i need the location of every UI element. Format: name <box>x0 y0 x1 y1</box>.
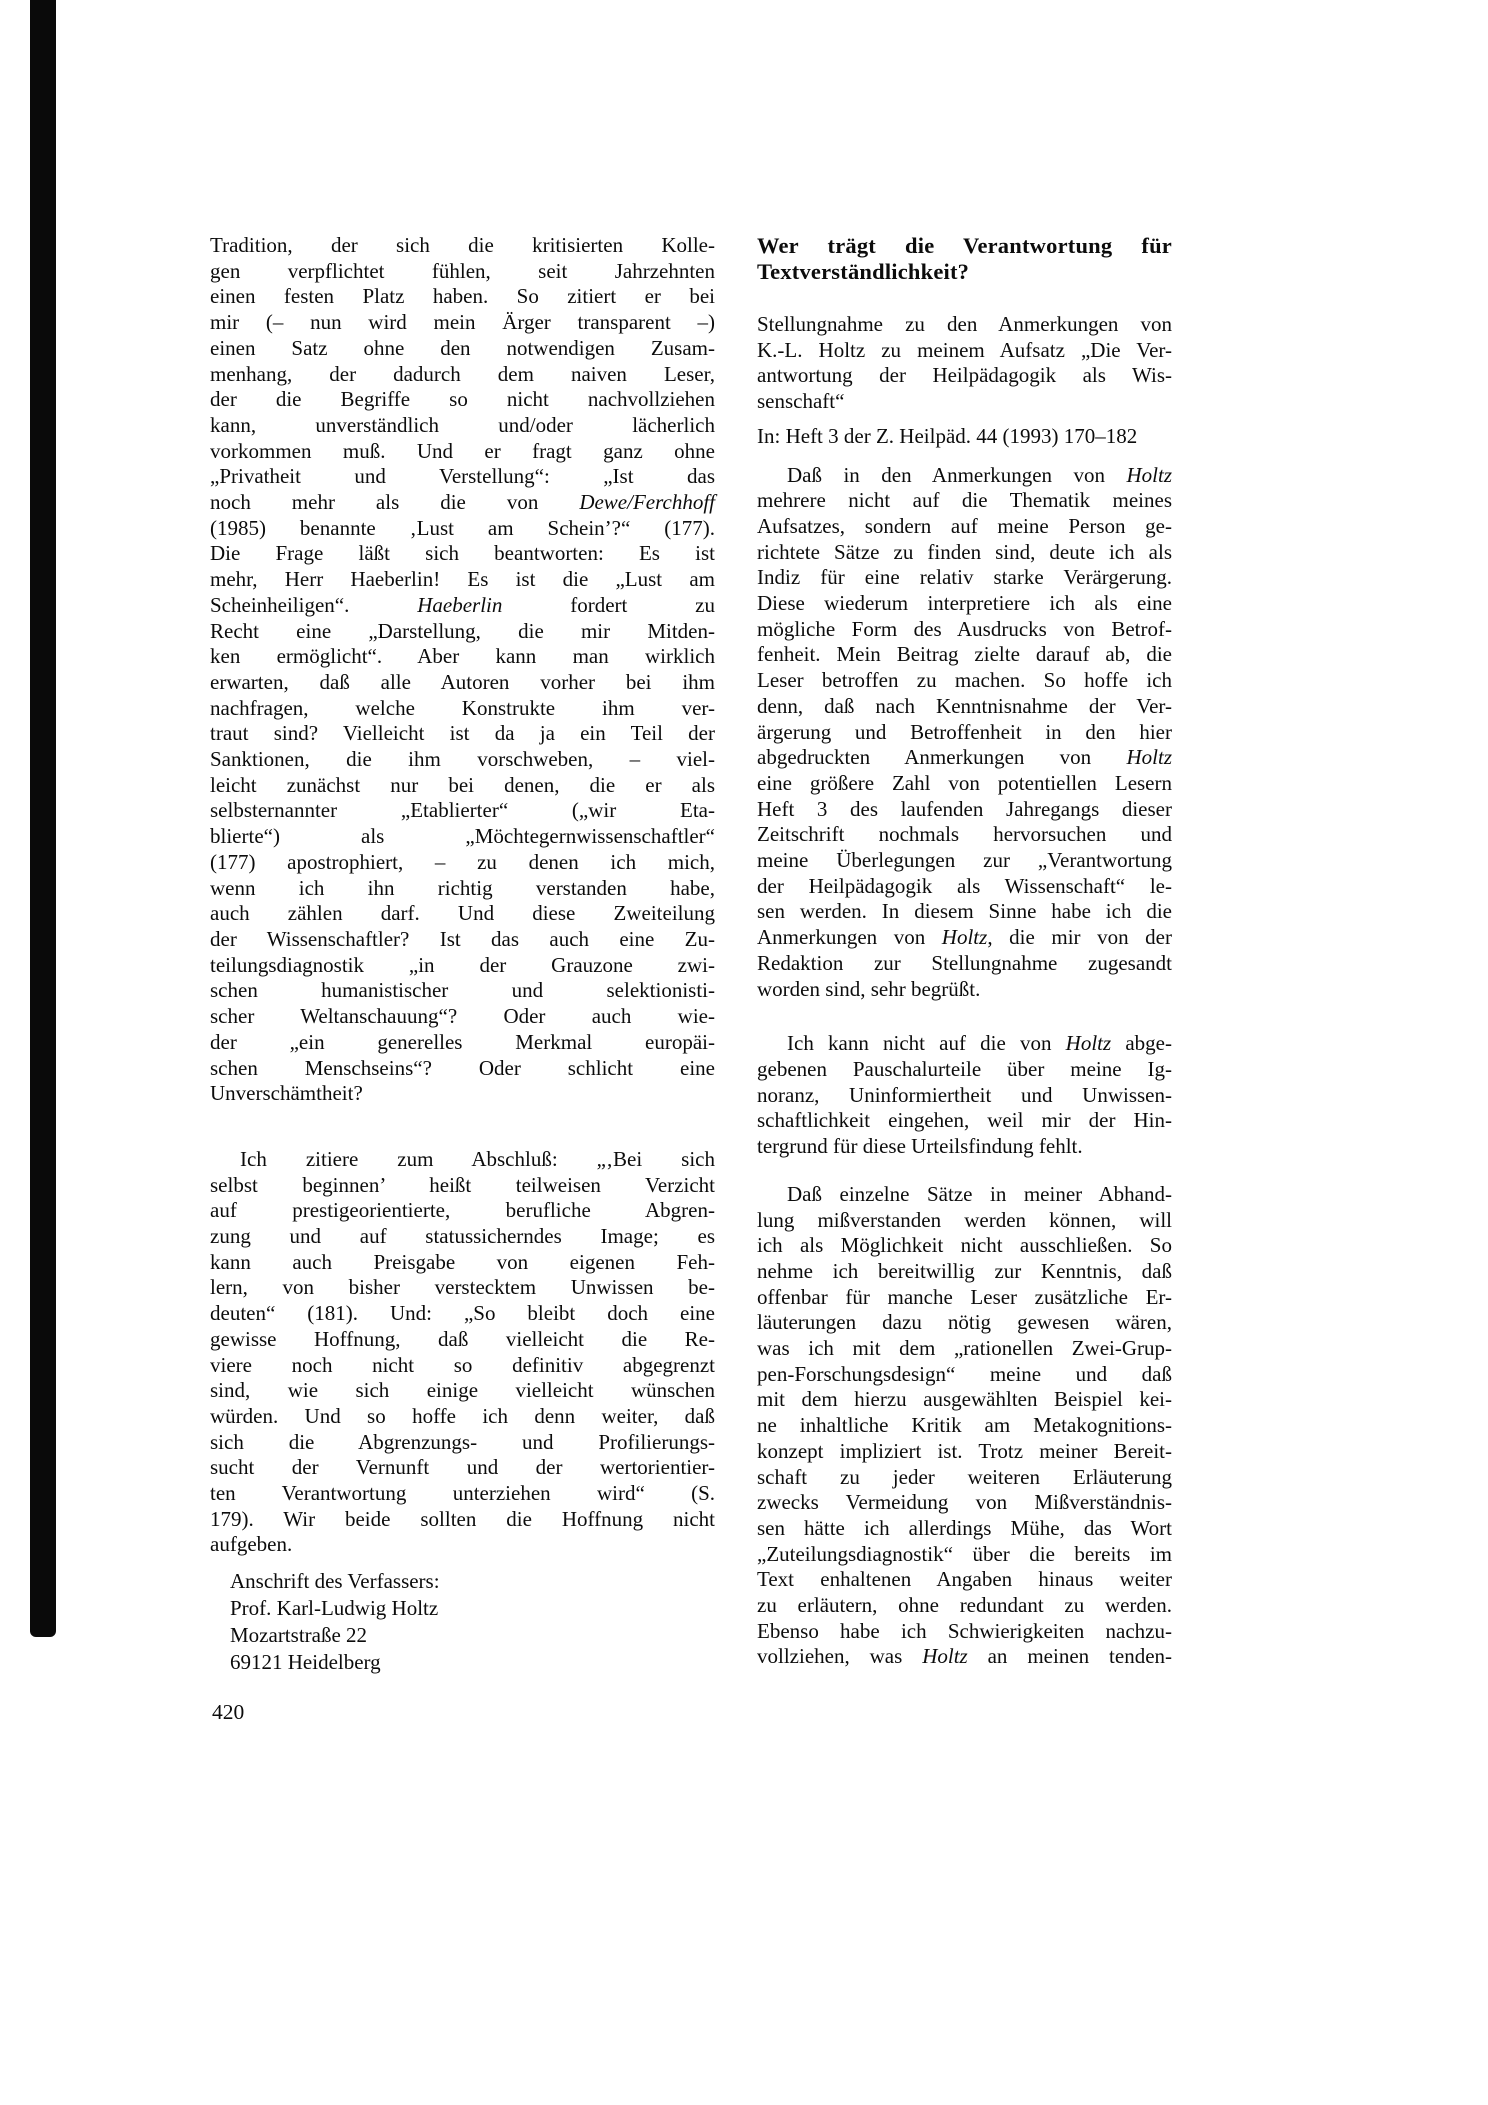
right-paragraph-2: Ich kann nicht auf die von Holtz abge-ge… <box>757 1031 1172 1160</box>
text-line: gen verpflichtet fühlen, seit Jahrzehnte… <box>210 259 715 285</box>
text-line: selbst beginnen’ heißt teilweisen Verzic… <box>210 1173 715 1199</box>
text-segment: Ich zitiere zum Abschluß: „‚Bei sich <box>240 1147 715 1171</box>
text-segment: (1985) benannte ‚Lust am Schein’?“ (177)… <box>210 516 715 540</box>
text-line: senschaft“ <box>757 389 1172 415</box>
text-line: leicht zunächst nur bei denen, die er al… <box>210 773 715 799</box>
italic-text-segment: Holtz <box>922 1644 968 1668</box>
text-line: sich die Abgrenzungs- und Profilierungs- <box>210 1430 715 1456</box>
text-segment: zu erläutern, ohne redundant zu werden. <box>757 1593 1172 1617</box>
text-segment: schen humanistischer und selektionisti- <box>210 978 715 1002</box>
text-line: Scheinheiligen“. Haeberlin fordert zu <box>210 593 715 619</box>
right-paragraph-1: Daß in den Anmerkungen von Holtzmehrere … <box>757 463 1172 1003</box>
scan-edge-bar <box>30 0 56 1637</box>
text-line: Stellungnahme zu den Anmerkungen von <box>757 312 1172 338</box>
text-segment: Aufsatzes, sondern auf meine Person ge- <box>757 514 1172 538</box>
text-line: ken ermöglicht“. Aber kann man wirklich <box>210 644 715 670</box>
text-segment: Redaktion zur Stellungnahme zugesandt <box>757 951 1172 975</box>
text-segment: der Wissenschaftler? Ist das auch eine Z… <box>210 927 715 951</box>
text-segment: „Zuteilungsdiagnostik“ über die bereits … <box>757 1542 1172 1566</box>
text-line: tergrund für diese Urteilsfindung fehlt. <box>757 1134 1172 1160</box>
italic-text-segment: Haeberlin <box>417 593 502 617</box>
text-line: der Heilpädagogik als Wissenschaft“ le- <box>757 874 1172 900</box>
text-line: vollziehen, was Holtz an meinen tenden- <box>757 1644 1172 1670</box>
text-line: Ich zitiere zum Abschluß: „‚Bei sich <box>210 1147 715 1173</box>
text-line: richtete Sätze zu finden sind, deute ich… <box>757 540 1172 566</box>
text-segment: Indiz für eine relativ starke Verärgerun… <box>757 565 1172 589</box>
text-segment: Daß in den Anmerkungen von <box>787 463 1126 487</box>
text-line: lern, von bisher verstecktem Unwissen be… <box>210 1275 715 1301</box>
text-line: einen Satz ohne den notwendigen Zusam- <box>210 336 715 362</box>
text-segment: der „ein generelles Merkmal europäi- <box>210 1030 715 1054</box>
right-column: Wer trägt die Verantwortung fürTextverst… <box>757 233 1172 1670</box>
text-line: auf prestigeorientierte, berufliche Abgr… <box>210 1198 715 1224</box>
text-segment: auch zählen darf. Und diese Zweiteilung <box>210 901 715 925</box>
text-line: auch zählen darf. Und diese Zweiteilung <box>210 901 715 927</box>
text-line: (1985) benannte ‚Lust am Schein’?“ (177)… <box>210 516 715 542</box>
page-number: 420 <box>212 1700 244 1725</box>
text-segment: gen verpflichtet fühlen, seit Jahrzehnte… <box>210 259 715 283</box>
text-segment: 179). Wir beide sollten die Hoffnung nic… <box>210 1507 715 1531</box>
text-segment: lern, von bisher verstecktem Unwissen be… <box>210 1275 715 1299</box>
text-line: viere noch nicht so definitiv abgegrenzt <box>210 1353 715 1379</box>
text-segment: zung und auf statussicherndes Image; es <box>210 1224 715 1248</box>
text-segment: senschaft“ <box>757 389 844 413</box>
text-line: selbsternannter „Etablierter“ („wir Eta- <box>210 798 715 824</box>
right-paragraph-3: Daß einzelne Sätze in meiner Abhand-lung… <box>757 1182 1172 1670</box>
text-line: Textverständlichkeit? <box>757 259 1172 285</box>
text-segment: einen festen Platz haben. So zitiert er … <box>210 284 715 308</box>
text-line: deuten“ (181). Und: „So bleibt doch eine <box>210 1301 715 1327</box>
text-line: schaft zu jeder weiteren Erläuterung <box>757 1465 1172 1491</box>
text-segment: antwortung der Heilpädagogik als Wis- <box>757 363 1172 387</box>
text-segment: schaftlichkeit eingehen, weil mir der Hi… <box>757 1108 1172 1132</box>
text-line: Anschrift des Verfassers: <box>230 1568 715 1595</box>
text-segment: menhang, der dadurch dem naiven Leser, <box>210 362 715 386</box>
left-column: Tradition, der sich die kritisierten Kol… <box>210 233 715 1676</box>
text-segment: mir (– nun wird mein Ärger transparent –… <box>210 310 715 334</box>
text-segment: viere noch nicht so definitiv abgegrenzt <box>210 1353 715 1377</box>
text-segment: wenn ich ihn richtig verstanden habe, <box>210 876 715 900</box>
text-segment: Sanktionen, die ihm vorschweben, – viel- <box>210 747 715 771</box>
text-segment: an meinen tenden- <box>968 1644 1172 1668</box>
text-line: (177) apostrophiert, – zu denen ich mich… <box>210 850 715 876</box>
text-line: mir (– nun wird mein Ärger transparent –… <box>210 310 715 336</box>
text-line: teilungsdiagnostik „in der Grauzone zwi- <box>210 953 715 979</box>
text-line: traut sind? Vielleicht ist da ja ein Tei… <box>210 721 715 747</box>
text-segment: Text enhaltenen Angaben hinaus weiter <box>757 1567 1172 1591</box>
text-line: zung und auf statussicherndes Image; es <box>210 1224 715 1250</box>
subtitle-note: Stellungnahme zu den Anmerkungen vonK.-L… <box>757 312 1172 415</box>
left-paragraph-1: Tradition, der sich die kritisierten Kol… <box>210 233 715 1107</box>
text-segment: ten Verantwortung unterziehen wird“ (S. <box>210 1481 715 1505</box>
text-segment: abge- <box>1111 1031 1172 1055</box>
text-segment: richtete Sätze zu finden sind, deute ich… <box>757 540 1172 564</box>
text-segment: Prof. Karl-Ludwig Holtz <box>230 1596 438 1620</box>
text-segment: Unverschämtheit? <box>210 1081 363 1105</box>
text-segment: der die Begriffe so nicht nachvollziehen <box>210 387 715 411</box>
text-segment: „Privatheit und Verstellung“: „Ist das <box>210 464 715 488</box>
text-line: kann, unverständlich und/oder lächerlich <box>210 413 715 439</box>
text-line: Aufsatzes, sondern auf meine Person ge- <box>757 514 1172 540</box>
text-line: blierte“) als „Möchtegernwissenschaftler… <box>210 824 715 850</box>
text-segment: nehme ich bereitwillig zur Kenntnis, daß <box>757 1259 1172 1283</box>
text-segment: selbsternannter „Etablierter“ („wir Eta- <box>210 798 715 822</box>
text-line: schen humanistischer und selektionisti- <box>210 978 715 1004</box>
text-segment: mehrere nicht auf die Thematik meines <box>757 488 1172 512</box>
text-line: In: Heft 3 der Z. Heilpäd. 44 (1993) 170… <box>757 424 1172 450</box>
text-line: denn, daß nach Kenntnisnahme der Ver- <box>757 694 1172 720</box>
text-line: kann auch Preisgabe von eigenen Feh- <box>210 1250 715 1276</box>
source-reference: In: Heft 3 der Z. Heilpäd. 44 (1993) 170… <box>757 424 1172 450</box>
text-line: abgedruckten Anmerkungen von Holtz <box>757 745 1172 771</box>
text-line: Indiz für eine relativ starke Verärgerun… <box>757 565 1172 591</box>
text-segment: erwarten, daß alle Autoren vorher bei ih… <box>210 670 715 694</box>
text-segment: was ich mit dem „rationellen Zwei-Grup- <box>757 1336 1172 1360</box>
text-segment: ärgerung und Betroffenheit in den hier <box>757 720 1172 744</box>
text-line: Prof. Karl-Ludwig Holtz <box>230 1595 715 1622</box>
text-line: antwortung der Heilpädagogik als Wis- <box>757 363 1172 389</box>
text-segment: Wer trägt die Verantwortung für <box>757 233 1172 258</box>
text-line: sen hätte ich allerdings Mühe, das Wort <box>757 1516 1172 1542</box>
text-segment: leicht zunächst nur bei denen, die er al… <box>210 773 715 797</box>
text-line: sind, wie sich einige vielleicht wünsche… <box>210 1378 715 1404</box>
text-segment: Stellungnahme zu den Anmerkungen von <box>757 312 1172 336</box>
text-segment: Textverständlichkeit? <box>757 259 969 284</box>
text-segment: selbst beginnen’ heißt teilweisen Verzic… <box>210 1173 715 1197</box>
text-line: ten Verantwortung unterziehen wird“ (S. <box>210 1481 715 1507</box>
text-line: nehme ich bereitwillig zur Kenntnis, daß <box>757 1259 1172 1285</box>
text-segment: ich als Möglichkeit nicht ausschließen. … <box>757 1233 1172 1257</box>
text-line: ne inhaltliche Kritik am Metakognitions- <box>757 1413 1172 1439</box>
text-line: Diese wiederum interpretiere ich als ein… <box>757 591 1172 617</box>
text-line: Wer trägt die Verantwortung für <box>757 233 1172 259</box>
text-segment: Ebenso habe ich Schwierigkeiten nachzu- <box>757 1619 1172 1643</box>
text-segment: konzept impliziert ist. Trotz meiner Ber… <box>757 1439 1172 1463</box>
text-line: was ich mit dem „rationellen Zwei-Grup- <box>757 1336 1172 1362</box>
text-line: ich als Möglichkeit nicht ausschließen. … <box>757 1233 1172 1259</box>
text-segment: noch mehr als die von <box>210 490 579 514</box>
article-title: Wer trägt die Verantwortung fürTextverst… <box>757 233 1172 285</box>
text-line: „Zuteilungsdiagnostik“ über die bereits … <box>757 1542 1172 1568</box>
text-segment: meine Überlegungen zur „Verantwortung <box>757 848 1172 872</box>
text-segment: fordert zu <box>502 593 715 617</box>
text-line: schaftlichkeit eingehen, weil mir der Hi… <box>757 1108 1172 1134</box>
text-line: wenn ich ihn richtig verstanden habe, <box>210 876 715 902</box>
italic-text-segment: Dewe/Ferchhoff <box>579 490 715 514</box>
text-line: mehr, Herr Haeberlin! Es ist die „Lust a… <box>210 567 715 593</box>
text-segment: Tradition, der sich die kritisierten Kol… <box>210 233 715 257</box>
text-line: konzept impliziert ist. Trotz meiner Ber… <box>757 1439 1172 1465</box>
text-segment: Diese wiederum interpretiere ich als ein… <box>757 591 1172 615</box>
text-segment: , die mir von der <box>987 925 1172 949</box>
text-line: Mozartstraße 22 <box>230 1622 715 1649</box>
text-segment: Scheinheiligen“. <box>210 593 417 617</box>
text-segment: vorkommen muß. Und er fragt ganz ohne <box>210 439 715 463</box>
text-segment: zwecks Vermeidung von Mißverständnis- <box>757 1490 1172 1514</box>
text-line: Recht eine „Darstellung, die mir Mitden- <box>210 619 715 645</box>
text-line: einen festen Platz haben. So zitiert er … <box>210 284 715 310</box>
text-line: mögliche Form des Ausdrucks von Betrof- <box>757 617 1172 643</box>
text-segment: ne inhaltliche Kritik am Metakognitions- <box>757 1413 1172 1437</box>
text-segment: tergrund für diese Urteilsfindung fehlt. <box>757 1134 1083 1158</box>
text-line: nachfragen, welche Konstrukte ihm ver- <box>210 696 715 722</box>
text-line: Ebenso habe ich Schwierigkeiten nachzu- <box>757 1619 1172 1645</box>
text-segment: Anmerkungen von <box>757 925 942 949</box>
text-line: mit dem hierzu ausgewählten Beispiel kei… <box>757 1387 1172 1413</box>
text-line: Die Frage läßt sich beantworten: Es ist <box>210 541 715 567</box>
text-segment: Die Frage läßt sich beantworten: Es ist <box>210 541 715 565</box>
text-segment: pen-Forschungsdesign“ meine und daß <box>757 1362 1172 1386</box>
text-line: Leser betroffen zu machen. So hoffe ich <box>757 668 1172 694</box>
text-segment: Recht eine „Darstellung, die mir Mitden- <box>210 619 715 643</box>
text-segment: schen Menschseins“? Oder schlicht eine <box>210 1056 715 1080</box>
text-segment: lung mißverstanden werden können, will <box>757 1208 1172 1232</box>
text-line: sen werden. In diesem Sinne habe ich die <box>757 899 1172 925</box>
text-segment: Leser betroffen zu machen. So hoffe ich <box>757 668 1172 692</box>
italic-text-segment: Holtz <box>942 925 988 949</box>
text-segment: sucht der Vernunft und der wertorientier… <box>210 1455 715 1479</box>
text-segment: deuten“ (181). Und: „So bleibt doch eine <box>210 1301 715 1325</box>
text-segment: gebenen Pauschalurteile über meine Ig- <box>757 1057 1172 1081</box>
text-line: meine Überlegungen zur „Verantwortung <box>757 848 1172 874</box>
italic-text-segment: Holtz <box>1126 463 1172 487</box>
text-segment: offenbar für manche Leser zusätzliche Er… <box>757 1285 1172 1309</box>
text-line: Tradition, der sich die kritisierten Kol… <box>210 233 715 259</box>
text-line: scher Weltanschauung“? Oder auch wie- <box>210 1004 715 1030</box>
text-segment: sind, wie sich einige vielleicht wünsche… <box>210 1378 715 1402</box>
text-segment: abgedruckten Anmerkungen von <box>757 745 1126 769</box>
text-segment: scher Weltanschauung“? Oder auch wie- <box>210 1004 715 1028</box>
text-line: schen Menschseins“? Oder schlicht eine <box>210 1056 715 1082</box>
text-segment: vollziehen, was <box>757 1644 922 1668</box>
text-segment: auf prestigeorientierte, berufliche Abgr… <box>210 1198 715 1222</box>
text-segment: würden. Und so hoffe ich denn weiter, da… <box>210 1404 715 1428</box>
text-line: pen-Forschungsdesign“ meine und daß <box>757 1362 1172 1388</box>
text-segment: sen hätte ich allerdings Mühe, das Wort <box>757 1516 1172 1540</box>
text-segment: mehr, Herr Haeberlin! Es ist die „Lust a… <box>210 567 715 591</box>
text-line: 179). Wir beide sollten die Hoffnung nic… <box>210 1507 715 1533</box>
text-segment: fenheit. Mein Beitrag zielte darauf ab, … <box>757 642 1172 666</box>
text-line: fenheit. Mein Beitrag zielte darauf ab, … <box>757 642 1172 668</box>
text-line: ärgerung und Betroffenheit in den hier <box>757 720 1172 746</box>
text-line: der die Begriffe so nicht nachvollziehen <box>210 387 715 413</box>
text-line: Text enhaltenen Angaben hinaus weiter <box>757 1567 1172 1593</box>
text-line: Sanktionen, die ihm vorschweben, – viel- <box>210 747 715 773</box>
text-segment: kann auch Preisgabe von eigenen Feh- <box>210 1250 715 1274</box>
text-segment: aufgeben. <box>210 1532 292 1556</box>
text-segment: läuterungen dazu nötig gewesen wären, <box>757 1310 1172 1334</box>
journal-page: { "page": {"number": "420"}, "decor": {"… <box>0 0 1488 2105</box>
text-segment: teilungsdiagnostik „in der Grauzone zwi- <box>210 953 715 977</box>
text-line: der Wissenschaftler? Ist das auch eine Z… <box>210 927 715 953</box>
text-line: worden sind, sehr begrüßt. <box>757 977 1172 1003</box>
text-segment: eine größere Zahl von potentiellen Leser… <box>757 771 1172 795</box>
text-line: Unverschämtheit? <box>210 1081 715 1107</box>
text-line: Anmerkungen von Holtz, die mir von der <box>757 925 1172 951</box>
text-line: gewisse Hoffnung, daß vielleicht die Re- <box>210 1327 715 1353</box>
text-line: mehrere nicht auf die Thematik meines <box>757 488 1172 514</box>
text-segment: mögliche Form des Ausdrucks von Betrof- <box>757 617 1172 641</box>
text-line: K.-L. Holtz zu meinem Aufsatz „Die Ver- <box>757 338 1172 364</box>
text-segment: nachfragen, welche Konstrukte ihm ver- <box>210 696 715 720</box>
text-segment: schaft zu jeder weiteren Erläuterung <box>757 1465 1172 1489</box>
text-line: Zeitschrift nochmals hervorsuchen und <box>757 822 1172 848</box>
text-line: läuterungen dazu nötig gewesen wären, <box>757 1310 1172 1336</box>
text-line: gebenen Pauschalurteile über meine Ig- <box>757 1057 1172 1083</box>
text-segment: Anschrift des Verfassers: <box>230 1569 440 1593</box>
text-segment: einen Satz ohne den notwendigen Zusam- <box>210 336 715 360</box>
text-line: zu erläutern, ohne redundant zu werden. <box>757 1593 1172 1619</box>
text-line: menhang, der dadurch dem naiven Leser, <box>210 362 715 388</box>
text-line: aufgeben. <box>210 1532 715 1558</box>
italic-text-segment: Holtz <box>1066 1031 1112 1055</box>
text-line: Redaktion zur Stellungnahme zugesandt <box>757 951 1172 977</box>
text-segment: der Heilpädagogik als Wissenschaft“ le- <box>757 874 1172 898</box>
italic-text-segment: Holtz <box>1126 745 1172 769</box>
text-line: Heft 3 des laufenden Jahregangs dieser <box>757 797 1172 823</box>
text-line: noranz, Uninformiertheit und Unwissen- <box>757 1083 1172 1109</box>
text-segment: noranz, Uninformiertheit und Unwissen- <box>757 1083 1172 1107</box>
text-line: lung mißverstanden werden können, will <box>757 1208 1172 1234</box>
text-segment: sich die Abgrenzungs- und Profilierungs- <box>210 1430 715 1454</box>
text-line: würden. Und so hoffe ich denn weiter, da… <box>210 1404 715 1430</box>
text-line: offenbar für manche Leser zusätzliche Er… <box>757 1285 1172 1311</box>
text-line: Daß einzelne Sätze in meiner Abhand- <box>757 1182 1172 1208</box>
text-line: Daß in den Anmerkungen von Holtz <box>757 463 1172 489</box>
text-segment: kann, unverständlich und/oder lächerlich <box>210 413 715 437</box>
text-segment: mit dem hierzu ausgewählten Beispiel kei… <box>757 1387 1172 1411</box>
text-segment: gewisse Hoffnung, daß vielleicht die Re- <box>210 1327 715 1351</box>
text-segment: worden sind, sehr begrüßt. <box>757 977 980 1001</box>
text-line: Ich kann nicht auf die von Holtz abge- <box>757 1031 1172 1057</box>
text-line: erwarten, daß alle Autoren vorher bei ih… <box>210 670 715 696</box>
text-line: noch mehr als die von Dewe/Ferchhoff <box>210 490 715 516</box>
left-paragraph-2: Ich zitiere zum Abschluß: „‚Bei sichselb… <box>210 1147 715 1558</box>
text-segment: 69121 Heidelberg <box>230 1650 381 1674</box>
text-line: sucht der Vernunft und der wertorientier… <box>210 1455 715 1481</box>
text-segment: denn, daß nach Kenntnisnahme der Ver- <box>757 694 1172 718</box>
text-line: vorkommen muß. Und er fragt ganz ohne <box>210 439 715 465</box>
text-segment: K.-L. Holtz zu meinem Aufsatz „Die Ver- <box>757 338 1172 362</box>
text-segment: traut sind? Vielleicht ist da ja ein Tei… <box>210 721 715 745</box>
text-segment: Heft 3 des laufenden Jahregangs dieser <box>757 797 1172 821</box>
text-segment: sen werden. In diesem Sinne habe ich die <box>757 899 1172 923</box>
text-segment: Mozartstraße 22 <box>230 1623 367 1647</box>
text-segment: In: Heft 3 der Z. Heilpäd. 44 (1993) 170… <box>757 424 1137 448</box>
text-segment: (177) apostrophiert, – zu denen ich mich… <box>210 850 715 874</box>
text-line: „Privatheit und Verstellung“: „Ist das <box>210 464 715 490</box>
text-segment: Zeitschrift nochmals hervorsuchen und <box>757 822 1172 846</box>
text-segment: Ich kann nicht auf die von <box>787 1031 1066 1055</box>
text-line: 69121 Heidelberg <box>230 1649 715 1676</box>
author-address: Anschrift des Verfassers:Prof. Karl-Ludw… <box>230 1568 715 1676</box>
text-segment: ken ermöglicht“. Aber kann man wirklich <box>210 644 715 668</box>
text-segment: blierte“) als „Möchtegernwissenschaftler… <box>210 824 715 848</box>
text-segment: Daß einzelne Sätze in meiner Abhand- <box>787 1182 1172 1206</box>
text-line: eine größere Zahl von potentiellen Leser… <box>757 771 1172 797</box>
text-line: zwecks Vermeidung von Mißverständnis- <box>757 1490 1172 1516</box>
text-line: der „ein generelles Merkmal europäi- <box>210 1030 715 1056</box>
